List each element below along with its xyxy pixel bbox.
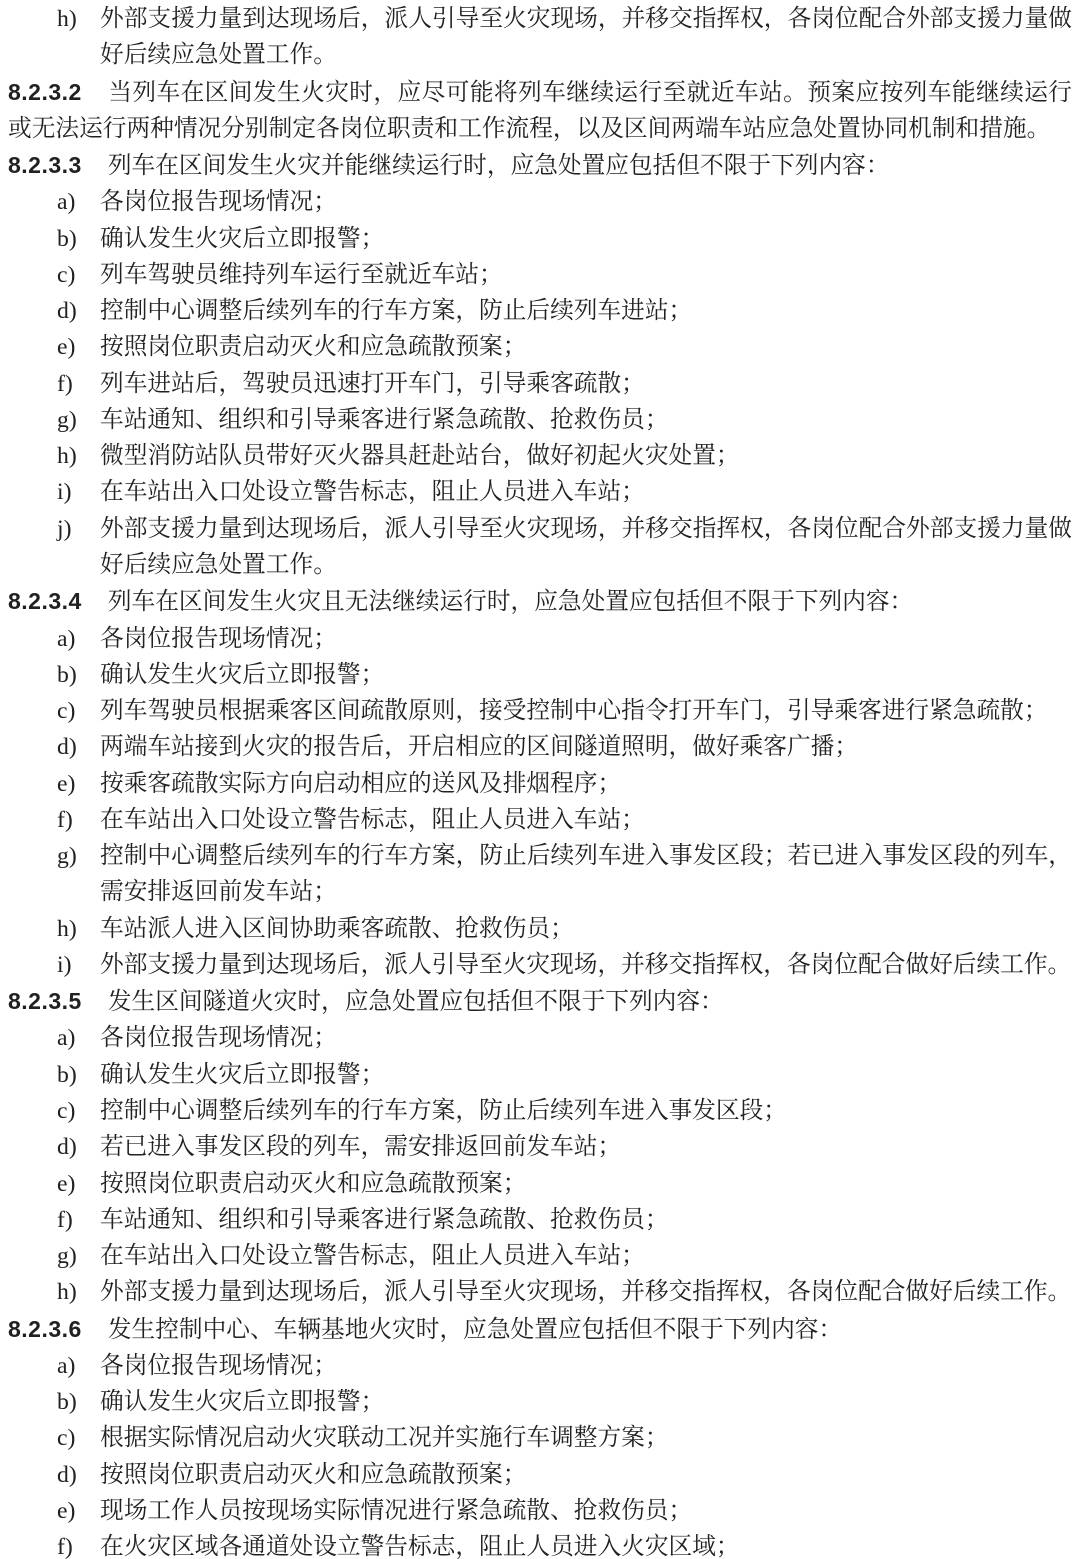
list-item-text: 现场工作人员按现场实际情况进行紧急疏散、抢救伤员； (100, 1498, 692, 1524)
list-item-label: a) (57, 621, 75, 657)
list-item: g)在车站出入口处设立警告标志，阻止人员进入车站； (0, 1238, 1080, 1274)
list-item: h)微型消防站队员带好灭火器具赶赴站台，做好初起火灾处置； (0, 438, 1080, 474)
list-item-text: 控制中心调整后续列车的行车方案，防止后续列车进入事发区段；若已进入事发区段的列车… (100, 843, 1072, 905)
list-item-text: 确认发生火灾后立即报警； (100, 1389, 384, 1415)
list-item: c)列车驾驶员维持列车运行至就近车站； (0, 257, 1080, 293)
clause-paragraph: 8.2.3.4列车在区间发生火灾且无法继续运行时，应急处置应包括但不限于下列内容… (0, 583, 1080, 620)
list-item: e)按乘客疏散实际方向启动相应的送风及排烟程序； (0, 766, 1080, 802)
list-item: f)在车站出入口处设立警告标志，阻止人员进入车站； (0, 802, 1080, 838)
list-item-text: 列车进站后，驾驶员迅速打开车门，引导乘客疏散； (100, 371, 645, 397)
list-item-label: b) (57, 1384, 77, 1420)
list-item-text: 确认发生火灾后立即报警； (100, 662, 384, 688)
list-item-label: f) (57, 1202, 73, 1238)
list-item-text: 车站通知、组织和引导乘客进行紧急疏散、抢救伤员； (100, 407, 669, 433)
list-item: i)在车站出入口处设立警告标志，阻止人员进入车站； (0, 474, 1080, 510)
list-item-text: 控制中心调整后续列车的行车方案，防止后续列车进站； (100, 298, 692, 324)
list-item: b)确认发生火灾后立即报警； (0, 1384, 1080, 1420)
list-item-label: c) (57, 693, 75, 729)
clause-text: 列车在区间发生火灾且无法继续运行时，应急处置应包括但不限于下列内容： (108, 589, 913, 615)
list-item-label: j) (57, 511, 71, 547)
list-item-text: 两端车站接到火灾的报告后，开启相应的区间隧道照明，做好乘客广播； (100, 734, 858, 760)
list-item-label: h) (57, 1274, 77, 1310)
list-item-label: a) (57, 1020, 75, 1056)
list-item: i)外部支援力量到达现场后，派人引导至火灾现场，并移交指挥权，各岗位配合做好后续… (0, 947, 1080, 983)
list-item-label: h) (57, 1, 77, 37)
list-item-label: f) (57, 1529, 73, 1559)
list-item: d)若已进入事发区段的列车，需安排返回前发车站； (0, 1129, 1080, 1165)
list-item-text: 各岗位报告现场情况； (100, 1353, 337, 1379)
document-page: h)外部支援力量到达现场后，派人引导至火灾现场，并移交指挥权，各岗位配合外部支援… (0, 0, 1080, 1559)
list-item: d)两端车站接到火灾的报告后，开启相应的区间隧道照明，做好乘客广播； (0, 729, 1080, 765)
clause-paragraph: 8.2.3.6发生控制中心、车辆基地火灾时，应急处置应包括但不限于下列内容： (0, 1311, 1080, 1348)
list-item: j)外部支援力量到达现场后，派人引导至火灾现场，并移交指挥权，各岗位配合外部支援… (0, 511, 1080, 584)
list-item-label: d) (57, 293, 77, 329)
list-item-label: d) (57, 729, 77, 765)
list-item: e)现场工作人员按现场实际情况进行紧急疏散、抢救伤员； (0, 1493, 1080, 1529)
list-item-label: c) (57, 1093, 75, 1129)
clause-text: 发生区间隧道火灾时，应急处置应包括但不限于下列内容： (108, 989, 724, 1015)
list-item: g)控制中心调整后续列车的行车方案，防止后续列车进入事发区段；若已进入事发区段的… (0, 838, 1080, 911)
list-item-label: h) (57, 438, 77, 474)
list-item: c)列车驾驶员根据乘客区间疏散原则，接受控制中心指令打开车门，引导乘客进行紧急疏… (0, 693, 1080, 729)
clause-paragraph: 8.2.3.2当列车在区间发生火灾时，应尽可能将列车继续运行至就近车站。预案应按… (0, 74, 1080, 148)
list-item-label: d) (57, 1457, 77, 1493)
list-item: h)外部支援力量到达现场后，派人引导至火灾现场，并移交指挥权，各岗位配合外部支援… (0, 1, 1080, 74)
list-item-text: 在车站出入口处设立警告标志，阻止人员进入车站； (100, 1243, 645, 1269)
list-item-text: 按照岗位职责启动灭火和应急疏散预案； (100, 334, 526, 360)
list-item: c)根据实际情况启动火灾联动工况并实施行车调整方案； (0, 1420, 1080, 1456)
list-item-label: c) (57, 257, 75, 293)
clause-number: 8.2.3.5 (8, 988, 82, 1014)
list-item-text: 确认发生火灾后立即报警； (100, 226, 384, 252)
list-item: f)车站通知、组织和引导乘客进行紧急疏散、抢救伤员； (0, 1202, 1080, 1238)
list-item: d)按照岗位职责启动灭火和应急疏散预案； (0, 1457, 1080, 1493)
list-item-text: 外部支援力量到达现场后，派人引导至火灾现场，并移交指挥权，各岗位配合做好后续工作… (100, 1279, 1071, 1305)
list-item: a)各岗位报告现场情况； (0, 1348, 1080, 1384)
list-item: e)按照岗位职责启动灭火和应急疏散预案； (0, 329, 1080, 365)
list-item-text: 列车驾驶员根据乘客区间疏散原则，接受控制中心指令打开车门，引导乘客进行紧急疏散； (100, 698, 1048, 724)
list-item-text: 各岗位报告现场情况； (100, 189, 337, 215)
list-item: b)确认发生火灾后立即报警； (0, 1057, 1080, 1093)
list-item-text: 车站通知、组织和引导乘客进行紧急疏散、抢救伤员； (100, 1207, 669, 1233)
list-item: f)在火灾区域各通道处设立警告标志，阻止人员进入火灾区域； (0, 1529, 1080, 1559)
list-item-text: 按照岗位职责启动灭火和应急疏散预案； (100, 1462, 526, 1488)
list-item-text: 外部支援力量到达现场后，派人引导至火灾现场，并移交指挥权，各岗位配合外部支援力量… (100, 6, 1072, 68)
clause-number: 8.2.3.6 (8, 1316, 82, 1342)
list-item-label: g) (57, 402, 77, 438)
list-item-text: 列车驾驶员维持列车运行至就近车站； (100, 262, 503, 288)
clause-number: 8.2.3.4 (8, 588, 82, 614)
list-item-text: 按乘客疏散实际方向启动相应的送风及排烟程序； (100, 771, 621, 797)
clause-text: 发生控制中心、车辆基地火灾时，应急处置应包括但不限于下列内容： (108, 1317, 842, 1343)
clause-text: 当列车在区间发生火灾时，应尽可能将列车继续运行至就近车站。预案应按列车能继续运行… (8, 80, 1072, 142)
list-item: f)列车进站后，驾驶员迅速打开车门，引导乘客疏散； (0, 366, 1080, 402)
list-item-text: 外部支援力量到达现场后，派人引导至火灾现场，并移交指挥权，各岗位配合外部支援力量… (100, 516, 1072, 578)
list-item-text: 按照岗位职责启动灭火和应急疏散预案； (100, 1171, 526, 1197)
clause-paragraph: 8.2.3.3列车在区间发生火灾并能继续运行时，应急处置应包括但不限于下列内容： (0, 147, 1080, 184)
list-item-text: 各岗位报告现场情况； (100, 1025, 337, 1051)
list-item: g)车站通知、组织和引导乘客进行紧急疏散、抢救伤员； (0, 402, 1080, 438)
list-item-label: i) (57, 474, 71, 510)
clause-number: 8.2.3.2 (8, 79, 82, 105)
list-item-label: e) (57, 329, 75, 365)
clause-number: 8.2.3.3 (8, 152, 82, 178)
list-item-text: 在火灾区域各通道处设立警告标志，阻止人员进入火灾区域； (100, 1534, 740, 1559)
list-item-label: b) (57, 1057, 77, 1093)
list-item-label: a) (57, 1348, 75, 1384)
list-item-label: d) (57, 1129, 77, 1165)
list-item-label: a) (57, 184, 75, 220)
list-item-label: e) (57, 1166, 75, 1202)
list-item-text: 外部支援力量到达现场后，派人引导至火灾现场，并移交指挥权，各岗位配合做好后续工作… (100, 952, 1071, 978)
list-item: d)控制中心调整后续列车的行车方案，防止后续列车进站； (0, 293, 1080, 329)
list-item: a)各岗位报告现场情况； (0, 184, 1080, 220)
list-item-text: 微型消防站队员带好灭火器具赶赴站台，做好初起火灾处置； (100, 443, 740, 469)
list-item: a)各岗位报告现场情况； (0, 1020, 1080, 1056)
list-item-label: c) (57, 1420, 75, 1456)
list-item-text: 确认发生火灾后立即报警； (100, 1062, 384, 1088)
list-item: h)车站派人进入区间协助乘客疏散、抢救伤员； (0, 911, 1080, 947)
list-item-label: e) (57, 766, 75, 802)
list-item: b)确认发生火灾后立即报警； (0, 657, 1080, 693)
list-item-label: f) (57, 366, 73, 402)
list-item-text: 车站派人进入区间协助乘客疏散、抢救伤员； (100, 916, 574, 942)
list-item-label: b) (57, 221, 77, 257)
list-item-label: h) (57, 911, 77, 947)
list-item-label: g) (57, 1238, 77, 1274)
clause-text: 列车在区间发生火灾并能继续运行时，应急处置应包括但不限于下列内容： (108, 153, 890, 179)
list-item-text: 在车站出入口处设立警告标志，阻止人员进入车站； (100, 807, 645, 833)
list-item-text: 在车站出入口处设立警告标志，阻止人员进入车站； (100, 479, 645, 505)
list-item-label: g) (57, 838, 77, 874)
clause-paragraph: 8.2.3.5发生区间隧道火灾时，应急处置应包括但不限于下列内容： (0, 983, 1080, 1020)
list-item-text: 根据实际情况启动火灾联动工况并实施行车调整方案； (100, 1425, 669, 1451)
list-item: a)各岗位报告现场情况； (0, 621, 1080, 657)
list-item-text: 控制中心调整后续列车的行车方案，防止后续列车进入事发区段； (100, 1098, 787, 1124)
list-item-label: i) (57, 947, 71, 983)
document-body: h)外部支援力量到达现场后，派人引导至火灾现场，并移交指挥权，各岗位配合外部支援… (0, 0, 1080, 1559)
list-item-label: e) (57, 1493, 75, 1529)
list-item: e)按照岗位职责启动灭火和应急疏散预案； (0, 1166, 1080, 1202)
list-item-label: b) (57, 657, 77, 693)
list-item: b)确认发生火灾后立即报警； (0, 221, 1080, 257)
list-item-text: 若已进入事发区段的列车，需安排返回前发车站； (100, 1134, 621, 1160)
list-item: c)控制中心调整后续列车的行车方案，防止后续列车进入事发区段； (0, 1093, 1080, 1129)
list-item-label: f) (57, 802, 73, 838)
list-item-text: 各岗位报告现场情况； (100, 626, 337, 652)
list-item: h)外部支援力量到达现场后，派人引导至火灾现场，并移交指挥权，各岗位配合做好后续… (0, 1274, 1080, 1310)
